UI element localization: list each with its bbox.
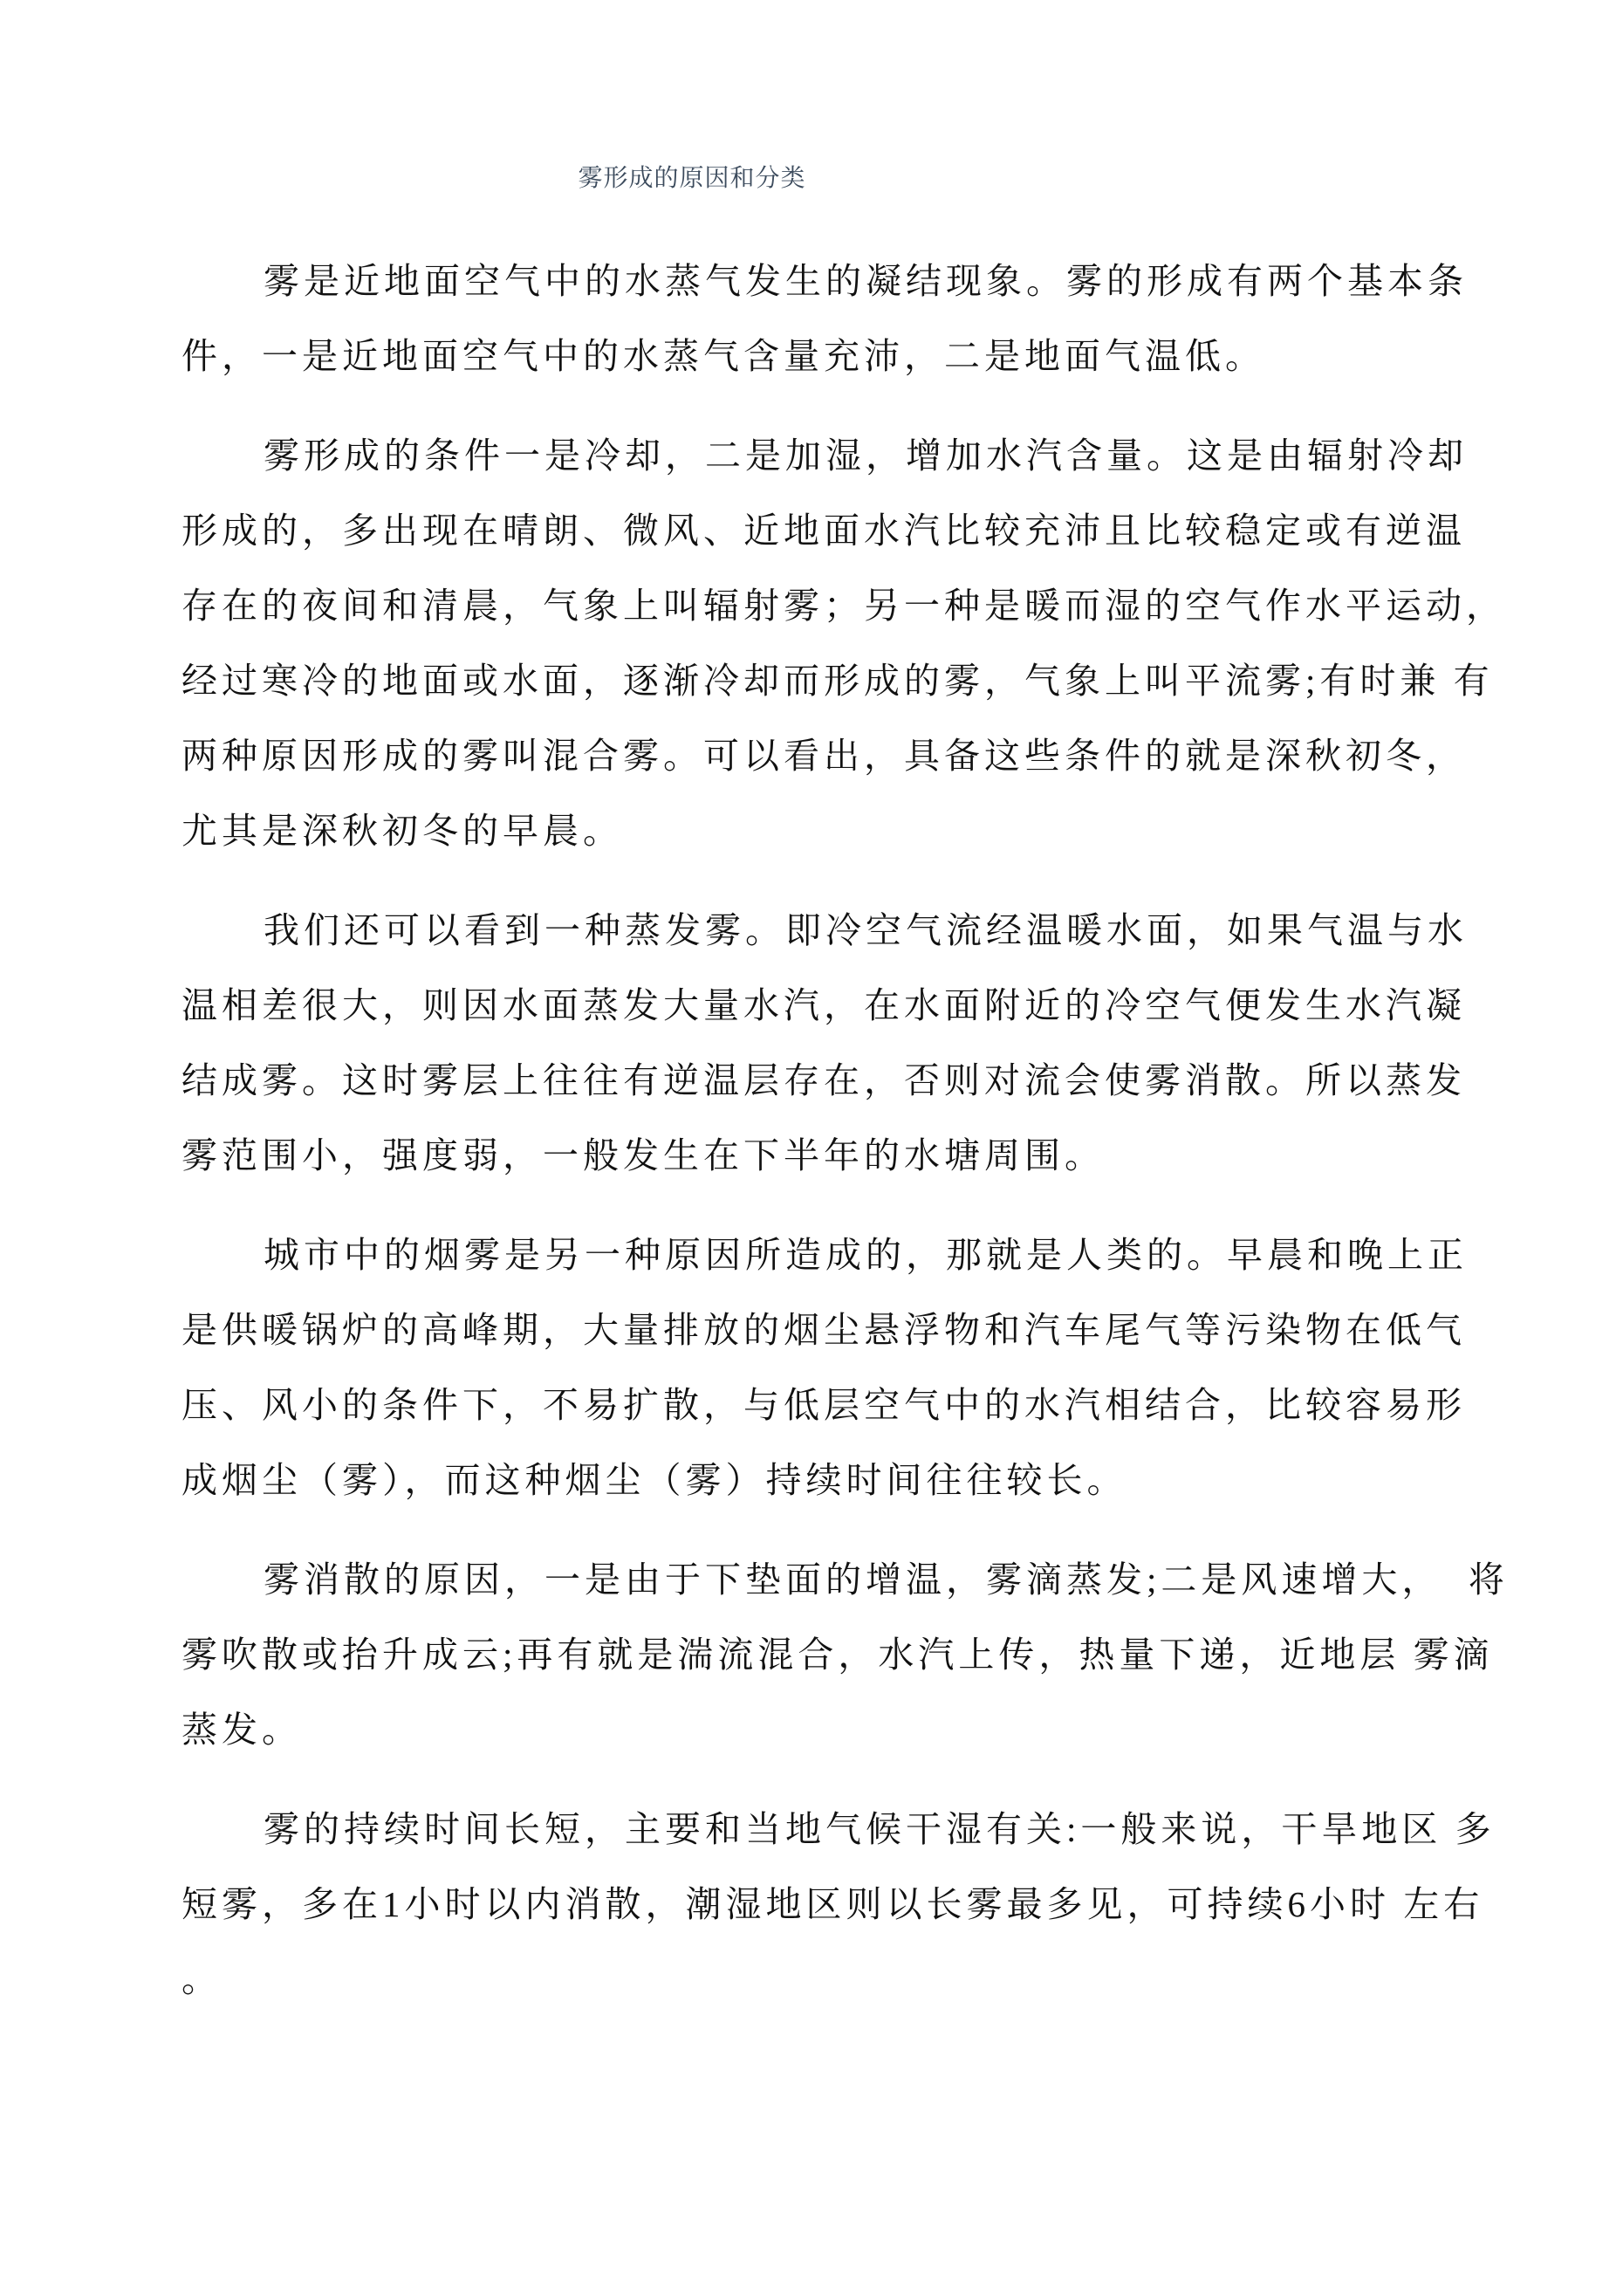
paragraph-line: 雾是近地面空气中的水蒸气发生的凝结现象。雾的形成有两个基本条 (181, 243, 1473, 319)
paragraph-6: 雾的持续时间长短，主要和当地气候干湿有关:一般来说，干旱地区 多 短雾，多在1小… (181, 1792, 1473, 2017)
paragraph-line: 雾吹散或抬升成云;再有就是湍流混合，水汽上传，热量下递，近地层 雾滴 (181, 1617, 1473, 1692)
paragraph-5: 雾消散的原因，一是由于下垫面的增温，雾滴蒸发;二是风速增大， 将 雾吹散或抬升成… (181, 1542, 1473, 1767)
paragraph-line: 形成的，多出现在晴朗、微风、近地面水汽比较充沛且比较稳定或有逆温 (181, 493, 1473, 568)
paragraph-3: 我们还可以看到一种蒸发雾。即冷空气流经温暖水面，如果气温与水 温相差很大，则因水… (181, 893, 1473, 1193)
paragraph-line: 城市中的烟雾是另一种原因所造成的，那就是人类的。早晨和晚上正 (181, 1217, 1473, 1292)
paragraph-4: 城市中的烟雾是另一种原因所造成的，那就是人类的。早晨和晚上正 是供暖锅炉的高峰期… (181, 1217, 1473, 1518)
paragraph-line: 成烟尘（雾），而这种烟尘（雾）持续时间往往较长。 (181, 1443, 1473, 1518)
document-page: 雾形成的原因和分类 雾是近地面空气中的水蒸气发生的凝结现象。雾的形成有两个基本条… (0, 0, 1623, 2296)
paragraph-line: 雾形成的条件一是冷却，二是加湿，增加水汽含量。这是由辐射冷却 (181, 418, 1473, 493)
document-title: 雾形成的原因和分类 (0, 161, 1384, 196)
paragraph-line: 短雾，多在1小时以内消散，潮湿地区则以长雾最多见，可持续6小时 左右 (181, 1867, 1473, 1942)
paragraph-2: 雾形成的条件一是冷却，二是加湿，增加水汽含量。这是由辐射冷却 形成的，多出现在晴… (181, 418, 1473, 868)
paragraph-line: 尤其是深秋初冬的早晨。 (181, 793, 1473, 868)
paragraph-line: 存在的夜间和清晨，气象上叫辐射雾；另一种是暖而湿的空气作水平运动， (181, 568, 1473, 643)
paragraph-line: 雾消散的原因，一是由于下垫面的增温，雾滴蒸发;二是风速增大， 将 (181, 1542, 1473, 1617)
paragraph-line: 。 (181, 1942, 1473, 2017)
paragraph-line: 蒸发。 (181, 1692, 1473, 1767)
paragraph-line: 雾范围小，强度弱，一般发生在下半年的水塘周围。 (181, 1118, 1473, 1193)
paragraph-line: 件，一是近地面空气中的水蒸气含量充沛，二是地面气温低。 (181, 319, 1473, 394)
paragraph-line: 压、风小的条件下，不易扩散，与低层空气中的水汽相结合，比较容易形 (181, 1367, 1473, 1443)
paragraph-line: 我们还可以看到一种蒸发雾。即冷空气流经温暖水面，如果气温与水 (181, 893, 1473, 968)
document-body: 雾是近地面空气中的水蒸气发生的凝结现象。雾的形成有两个基本条 件，一是近地面空气… (181, 243, 1473, 2017)
paragraph-line: 结成雾。这时雾层上往往有逆温层存在，否则对流会使雾消散。所以蒸发 (181, 1043, 1473, 1118)
paragraph-line: 经过寒冷的地面或水面，逐渐冷却而形成的雾，气象上叫平流雾;有时兼 有 (181, 643, 1473, 718)
paragraph-line: 温相差很大，则因水面蒸发大量水汽，在水面附近的冷空气便发生水汽凝 (181, 968, 1473, 1043)
paragraph-line: 是供暖锅炉的高峰期，大量排放的烟尘悬浮物和汽车尾气等污染物在低气 (181, 1292, 1473, 1367)
paragraph-1: 雾是近地面空气中的水蒸气发生的凝结现象。雾的形成有两个基本条 件，一是近地面空气… (181, 243, 1473, 394)
paragraph-line: 雾的持续时间长短，主要和当地气候干湿有关:一般来说，干旱地区 多 (181, 1792, 1473, 1867)
paragraph-line: 两种原因形成的雾叫混合雾。可以看出，具备这些条件的就是深秋初冬， (181, 718, 1473, 793)
